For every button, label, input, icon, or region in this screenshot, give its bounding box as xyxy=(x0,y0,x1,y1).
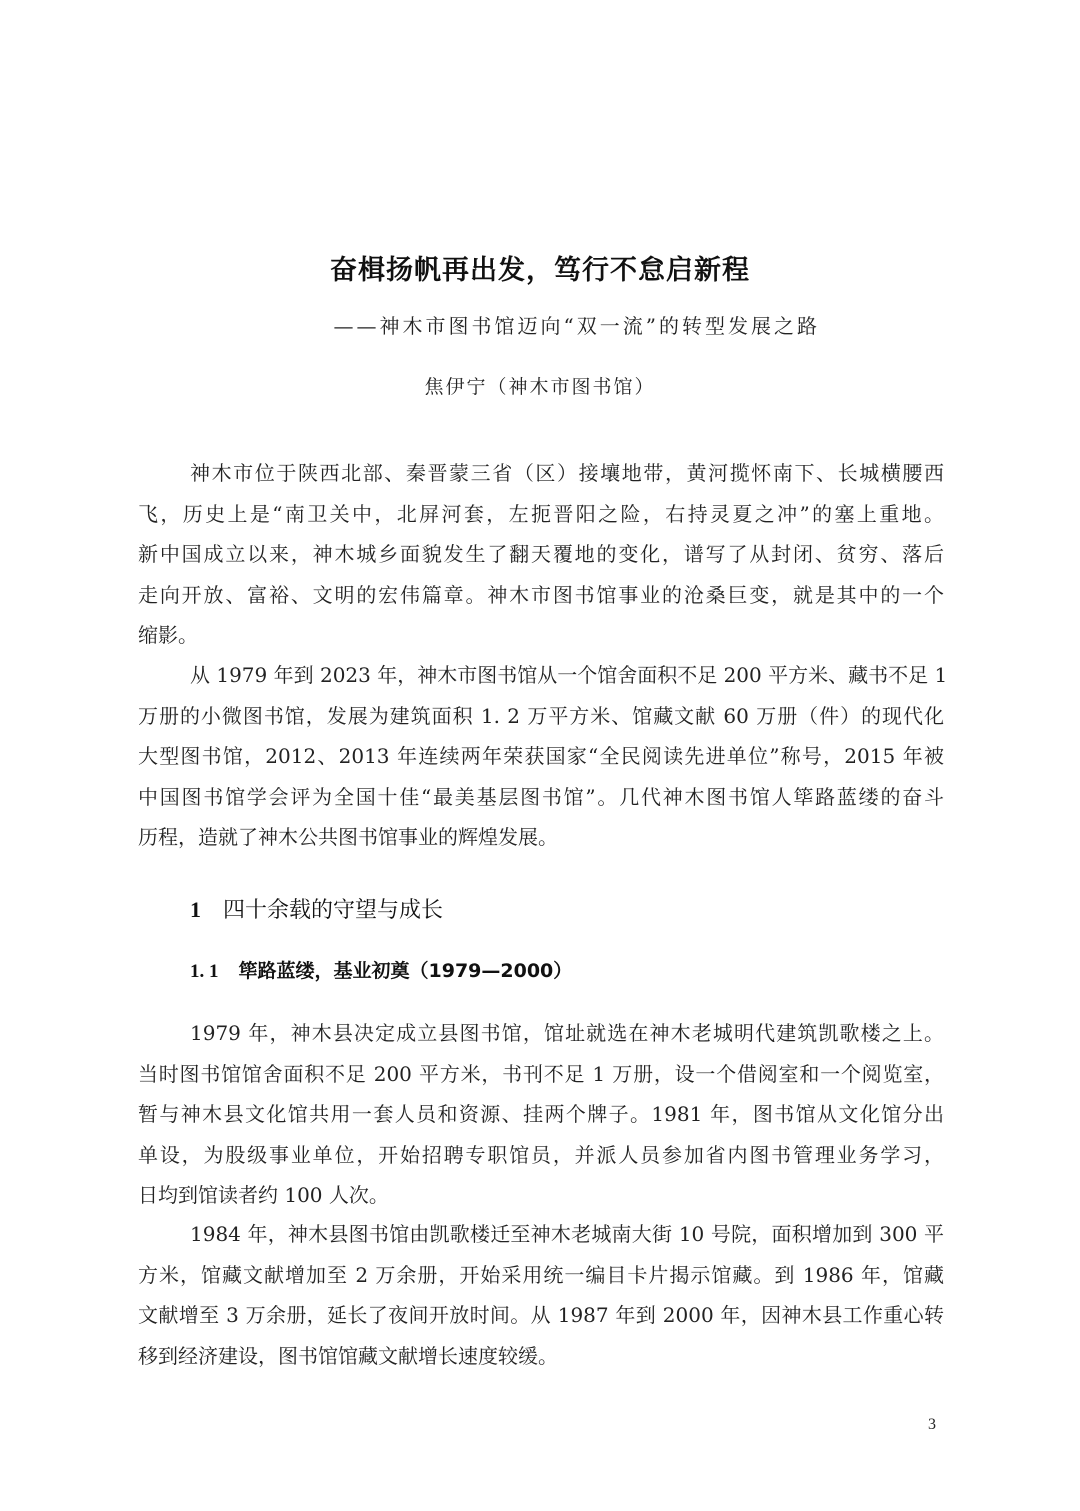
paragraph-line: 方米，馆藏文献增加至 2 万余册，开始采用统一编目卡片揭示馆藏。到 1986 年… xyxy=(138,1255,944,1296)
article-title: 奋楫扬帆再出发，笃行不怠启新程 xyxy=(0,248,1080,287)
paragraph-line: 中国图书馆学会评为全国十佳“最美基层图书馆”。几代神木图书馆人筚路蓝缕的奋斗 xyxy=(138,777,944,818)
subsection-title: 筚路蓝缕，基业初奠（1979—2000） xyxy=(239,960,573,982)
paragraph-development: 从 1979 年到 2023 年，神木市图书馆从一个馆舍面积不足 200 平方米… xyxy=(138,655,944,858)
paragraph-line: 大型图书馆，2012、2013 年连续两年荣获国家“全民阅读先进单位”称号，20… xyxy=(138,736,944,777)
paragraph-line: 万册的小微图书馆，发展为建筑面积 1. 2 万平方米、馆藏文献 60 万册（件）… xyxy=(138,696,944,737)
paragraph-line: 文献增至 3 万余册，延长了夜间开放时间。从 1987 年到 2000 年，因神… xyxy=(138,1295,944,1336)
paragraph-line: 飞，历史上是“南卫关中，北屏河套，左扼晋阳之险，右持灵夏之冲”的塞上重地。 xyxy=(138,494,944,535)
paragraph-line: 单设，为股级事业单位，开始招聘专职馆员，并派人员参加省内图书管理业务学习， xyxy=(138,1135,944,1176)
article-subtitle: ——神木市图书馆迈向“双一流”的转型发展之路 xyxy=(300,310,820,339)
subsection-number: 1. 1 xyxy=(190,961,219,982)
section-title: 四十余载的守望与成长 xyxy=(223,898,443,923)
section-heading-1-1: 1. 1筚路蓝缕，基业初奠（1979—2000） xyxy=(190,956,572,983)
paragraph-line: 缩影。 xyxy=(138,615,944,656)
section-heading-1: 1四十余载的守望与成长 xyxy=(190,893,443,924)
paragraph-line: 新中国成立以来，神木城乡面貌发生了翻天覆地的变化，谱写了从封闭、贫穷、落后 xyxy=(138,534,944,575)
paragraph-1979: 1979 年，神木县决定成立县图书馆，馆址就选在神木老城明代建筑凯歌楼之上。 当… xyxy=(138,1013,944,1216)
paragraph-line: 从 1979 年到 2023 年，神木市图书馆从一个馆舍面积不足 200 平方米… xyxy=(138,655,944,696)
section-number: 1 xyxy=(190,897,201,922)
paragraph-line: 走向开放、富裕、文明的宏伟篇章。神木市图书馆事业的沧桑巨变，就是其中的一个 xyxy=(138,575,944,616)
paragraph-line: 当时图书馆馆舍面积不足 200 平方米，书刊不足 1 万册，设一个借阅室和一个阅… xyxy=(138,1054,944,1095)
paragraph-line: 1979 年，神木县决定成立县图书馆，馆址就选在神木老城明代建筑凯歌楼之上。 xyxy=(138,1013,944,1054)
paragraph-line: 暂与神木县文化馆共用一套人员和资源、挂两个牌子。1981 年，图书馆从文化馆分出 xyxy=(138,1094,944,1135)
paragraph-line: 历程，造就了神木公共图书馆事业的辉煌发展。 xyxy=(138,817,944,858)
paragraph-intro: 神木市位于陕西北部、秦晋蒙三省（区）接壤地带，黄河揽怀南下、长城横腰西 飞，历史… xyxy=(138,453,944,656)
paragraph-line: 神木市位于陕西北部、秦晋蒙三省（区）接壤地带，黄河揽怀南下、长城横腰西 xyxy=(138,453,944,494)
page-number: 3 xyxy=(928,1416,936,1434)
paragraph-line: 日均到馆读者约 100 人次。 xyxy=(138,1175,944,1216)
paragraph-line: 1984 年，神木县图书馆由凯歌楼迁至神木老城南大街 10 号院，面积增加到 3… xyxy=(138,1214,944,1255)
article-author: 焦伊宁（神木市图书馆） xyxy=(0,372,1080,399)
paragraph-line: 移到经济建设，图书馆馆藏文献增长速度较缓。 xyxy=(138,1336,944,1377)
paragraph-1984: 1984 年，神木县图书馆由凯歌楼迁至神木老城南大街 10 号院，面积增加到 3… xyxy=(138,1214,944,1376)
